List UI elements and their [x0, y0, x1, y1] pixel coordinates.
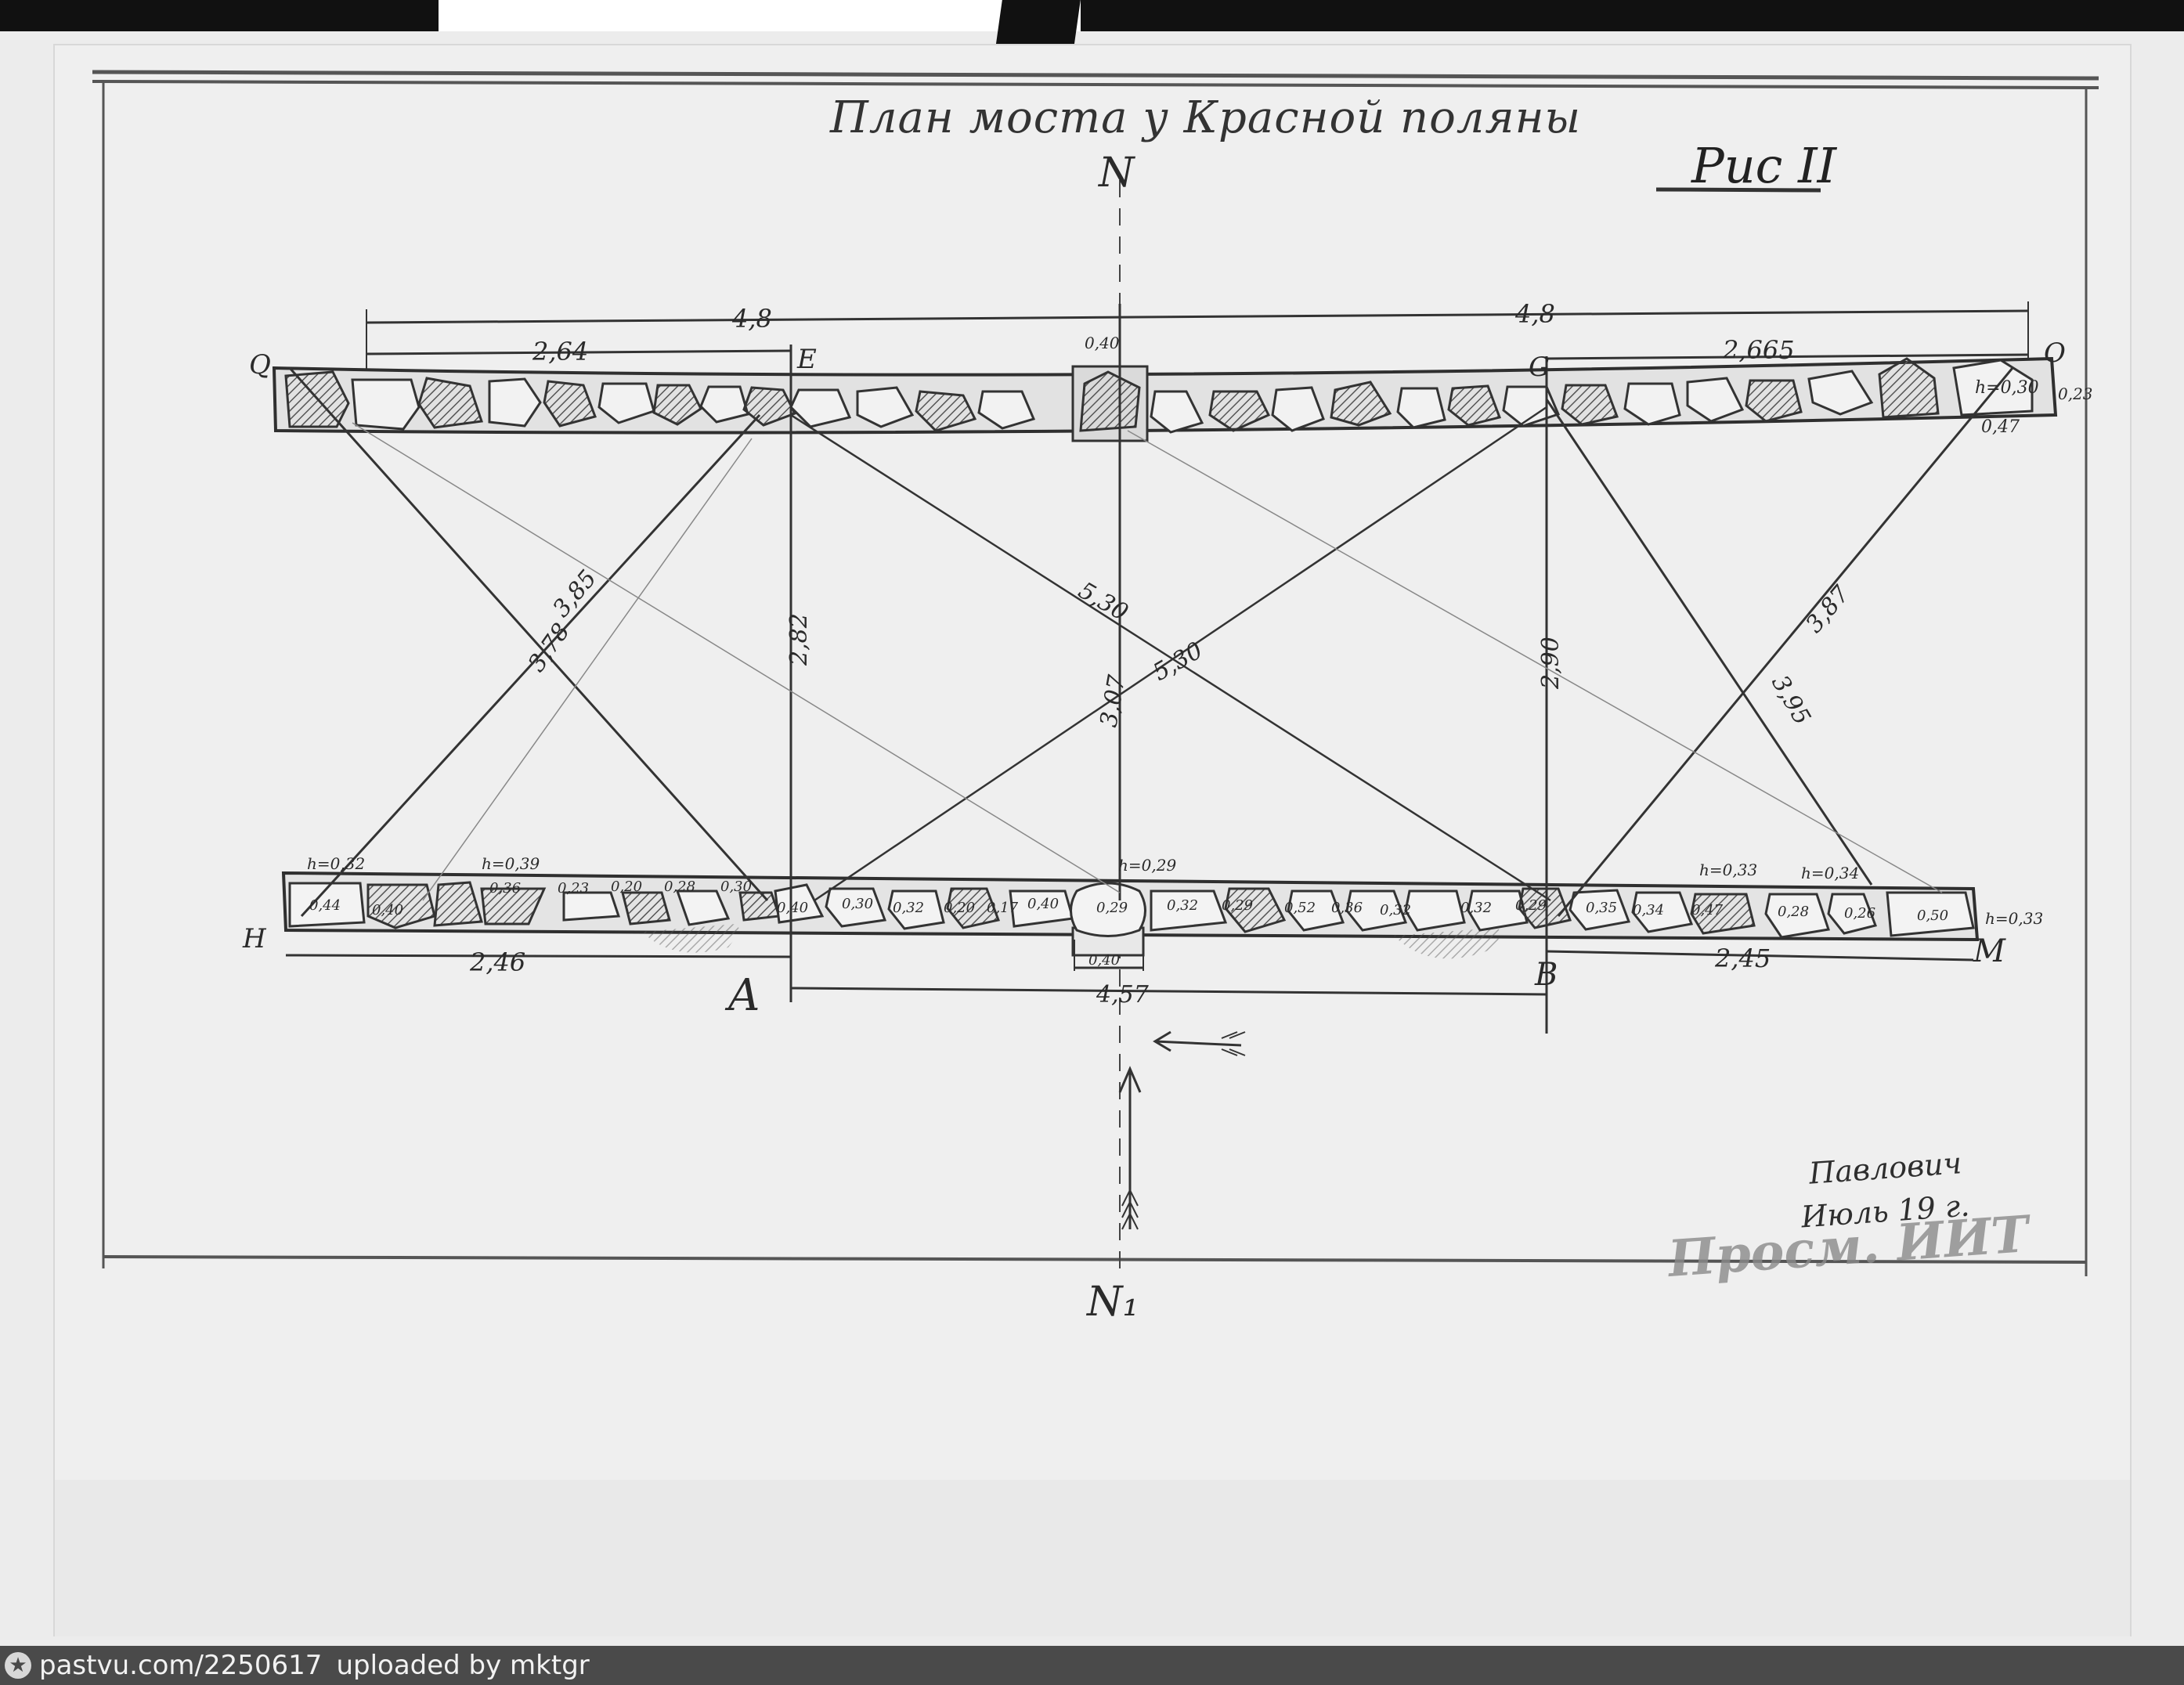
dim-bottom-left-segment: 2,46	[469, 947, 525, 977]
stone-label: 0,32	[1380, 902, 1411, 918]
drawing-frame	[92, 72, 2099, 1276]
stone-label: 0,40	[1027, 896, 1059, 912]
diag-center-a: 5,30	[1074, 577, 1132, 627]
drawing-title: План моста у Красной поляны	[830, 92, 1581, 143]
dim-top-span-right: 4,8	[1514, 299, 1555, 329]
uploader-text: uploaded by mktgr	[336, 1650, 589, 1681]
diag-center-b: 5,30	[1149, 637, 1208, 687]
bridge-plan-drawing: N N₁ Q E G O H A B M 4,8 4,8 2,64 2,665 …	[0, 0, 2184, 1685]
stone-label: 0,32	[1167, 897, 1198, 914]
faint-lines	[352, 423, 1942, 900]
stone-label: 0,50	[1917, 907, 1948, 924]
stone-label: 0,29	[1222, 897, 1253, 914]
point-label-a: A	[724, 970, 760, 1021]
diag-right-b: 3,95	[1766, 671, 1816, 730]
diag-right-a: 3,87	[1800, 580, 1855, 638]
source-link[interactable]: pastvu.com/2250617	[39, 1650, 322, 1681]
point-label-m: M	[1973, 933, 2006, 969]
footer-bar: ★ pastvu.com/2250617 uploaded by mktgr	[0, 1646, 2184, 1685]
stone-label: 0,29	[1515, 897, 1547, 914]
height-label: h=0,29	[1118, 856, 1176, 875]
stone-label: 0,26	[1844, 905, 1875, 922]
axis-label-top: N	[1097, 150, 1135, 197]
star-logo-icon: ★	[5, 1652, 31, 1679]
dim-top-end-width: 0,47	[1981, 417, 2020, 437]
height-label: h=0,33	[1985, 909, 2043, 928]
axis-label-bottom: N₁	[1085, 1279, 1139, 1326]
stone-label: 0,32	[1460, 900, 1492, 916]
stone-label: 0,20	[611, 879, 642, 895]
vertical-right: 2,90	[1537, 637, 1565, 690]
dim-bottom-right-segment: 2,45	[1714, 944, 1771, 973]
stone-label: 0,29	[1096, 900, 1128, 916]
stone-label: 0,47	[1691, 902, 1724, 918]
vertical-left: 2,82	[785, 613, 813, 666]
stone-label: 0,36	[1331, 900, 1363, 916]
point-label-g: G	[1529, 352, 1550, 383]
stone-label: 0,36	[489, 880, 521, 897]
stone-label: 0,40	[777, 900, 808, 916]
stone-label: 0,28	[1778, 904, 1809, 920]
height-label: h=0,39	[482, 854, 540, 873]
dim-bottom-center-width: 0,40	[1088, 952, 1120, 969]
point-label-q: Q	[249, 349, 271, 381]
dim-top-right-segment: 2,665	[1722, 335, 1795, 365]
dim-bottom-center-span: 4,57	[1096, 981, 1150, 1008]
stone-label: 0,35	[1586, 900, 1617, 916]
stone-label: 0,30	[842, 896, 873, 912]
height-label: h=0,34	[1801, 864, 1859, 882]
figure-label: Рис II	[1691, 137, 1836, 194]
dim-top-end-side: 0,23	[2058, 384, 2093, 403]
stone-label: 0,30	[720, 879, 752, 895]
point-label-e: E	[796, 344, 817, 375]
stone-label: 0,34	[1633, 902, 1664, 918]
direction-arrows	[1120, 1032, 1245, 1229]
height-label: h=0,33	[1699, 861, 1757, 879]
point-label-h: H	[242, 923, 267, 954]
stone-label: 0,17	[987, 900, 1019, 916]
stone-label: 0,44	[309, 897, 341, 914]
diag-left-a: 3,85	[547, 565, 602, 622]
stone-label: 0,23	[558, 880, 589, 897]
height-label: h=0,32	[307, 854, 365, 873]
stone-label: 0,40	[372, 902, 403, 918]
center-vertical: 3,07	[1095, 673, 1131, 730]
top-wall	[274, 359, 2056, 441]
stone-label: 0,52	[1284, 900, 1316, 916]
dim-top-left-segment: 2,64	[532, 337, 588, 366]
dim-top-center-width: 0,40	[1085, 334, 1120, 352]
diag-left-b: 3,78	[523, 619, 576, 677]
stone-label: 0,28	[664, 879, 695, 895]
point-label-o: O	[2044, 337, 2066, 369]
dim-top-end-height: h=0,30	[1975, 378, 2039, 398]
point-label-b: B	[1534, 957, 1558, 993]
dim-top-span-left: 4,8	[731, 304, 772, 334]
stone-label: 0,20	[944, 900, 975, 916]
drawing-labels: N N₁ Q E G O H A B M 4,8 4,8 2,64 2,665 …	[242, 150, 2093, 1326]
stone-label: 0,32	[893, 900, 924, 916]
